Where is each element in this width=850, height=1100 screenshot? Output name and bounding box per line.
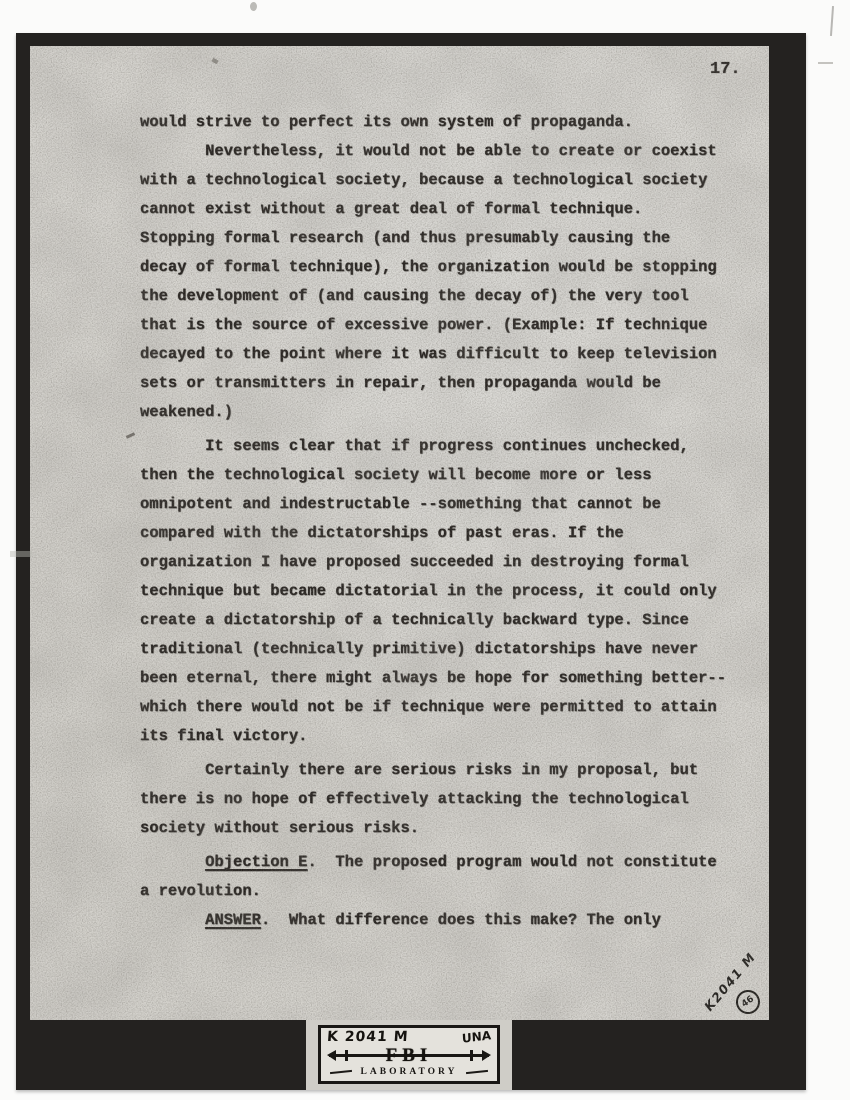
laboratory-dash-left bbox=[330, 1070, 352, 1074]
scan-artifact bbox=[250, 2, 257, 11]
text-line: sets or transmitters in repair, then pro… bbox=[140, 369, 762, 398]
text-line: decayed to the point where it was diffic… bbox=[140, 340, 762, 369]
scan-artifact bbox=[818, 62, 833, 64]
text-line: omnipotent and indestructable --somethin… bbox=[140, 490, 762, 519]
stamp-case-tag: UNA bbox=[462, 1028, 492, 1046]
text-line: which there would not be if technique we… bbox=[140, 693, 762, 722]
text-line: create a dictatorship of a technically b… bbox=[140, 606, 762, 635]
handwritten-circled-mark: 46 bbox=[731, 985, 764, 1018]
objection-text: . The proposed program would not constit… bbox=[307, 853, 716, 871]
stamp-border-box: K 2041 M UNA FBI LABORATORY bbox=[318, 1025, 500, 1084]
document-paper: 17. would strive to perfect its own syst… bbox=[30, 46, 769, 1020]
text-line: traditional (technically primitive) dict… bbox=[140, 635, 762, 664]
text-line: weakened.) bbox=[140, 398, 762, 427]
text-line: It seems clear that if progress continue… bbox=[140, 432, 762, 461]
answer-text: . What difference does this make? The on… bbox=[261, 911, 661, 929]
text-line: Stopping formal research (and thus presu… bbox=[140, 224, 762, 253]
page-number: 17. bbox=[710, 60, 741, 79]
text-line: Nevertheless, it would not be able to cr… bbox=[140, 137, 762, 166]
indent bbox=[140, 911, 205, 929]
text-line: decay of formal technique), the organiza… bbox=[140, 253, 762, 282]
scanned-document-page: 17. would strive to perfect its own syst… bbox=[0, 0, 850, 1100]
text-line: technique but became dictatorial in the … bbox=[140, 577, 762, 606]
text-line-objection: Objection E. The proposed program would … bbox=[140, 848, 762, 877]
typewritten-text: would strive to perfect its own system o… bbox=[140, 108, 762, 935]
text-line: cannot exist without a great deal of for… bbox=[140, 195, 762, 224]
text-line: with a technological society, because a … bbox=[140, 166, 762, 195]
text-line: organization I have proposed succeeded i… bbox=[140, 548, 762, 577]
text-line: that is the source of excessive power. (… bbox=[140, 311, 762, 340]
indent bbox=[140, 853, 205, 871]
objection-label: Objection E bbox=[205, 853, 307, 871]
stamp-laboratory-row: LABORATORY bbox=[327, 1066, 491, 1078]
answer-label: ANSWER bbox=[205, 911, 261, 929]
fbi-wordmark: FBI bbox=[329, 1046, 489, 1065]
laboratory-dash-right bbox=[466, 1070, 488, 1074]
stamp-case-id: K 2041 M bbox=[326, 1030, 409, 1045]
text-line: the development of (and causing the deca… bbox=[140, 282, 762, 311]
text-line: its final victory. bbox=[140, 722, 762, 751]
text-line: society without serious risks. bbox=[140, 814, 762, 843]
fbi-lab-stamp: K 2041 M UNA FBI LABORATORY bbox=[306, 1020, 512, 1090]
text-line: been eternal, there might always be hope… bbox=[140, 664, 762, 693]
text-line: compared with the dictatorships of past … bbox=[140, 519, 762, 548]
scan-artifact bbox=[830, 6, 834, 36]
text-line: would strive to perfect its own system o… bbox=[140, 108, 762, 137]
stamp-laboratory-label: LABORATORY bbox=[361, 1067, 458, 1077]
text-line-answer: ANSWER. What difference does this make? … bbox=[140, 906, 762, 935]
fbi-logo: FBI bbox=[329, 1046, 489, 1065]
text-line: a revolution. bbox=[140, 877, 762, 906]
text-line: there is no hope of effectively attackin… bbox=[140, 785, 762, 814]
text-line: then the technological society will beco… bbox=[140, 461, 762, 490]
stamp-handwritten-row: K 2041 M UNA bbox=[326, 1030, 491, 1045]
text-line: Certainly there are serious risks in my … bbox=[140, 756, 762, 785]
